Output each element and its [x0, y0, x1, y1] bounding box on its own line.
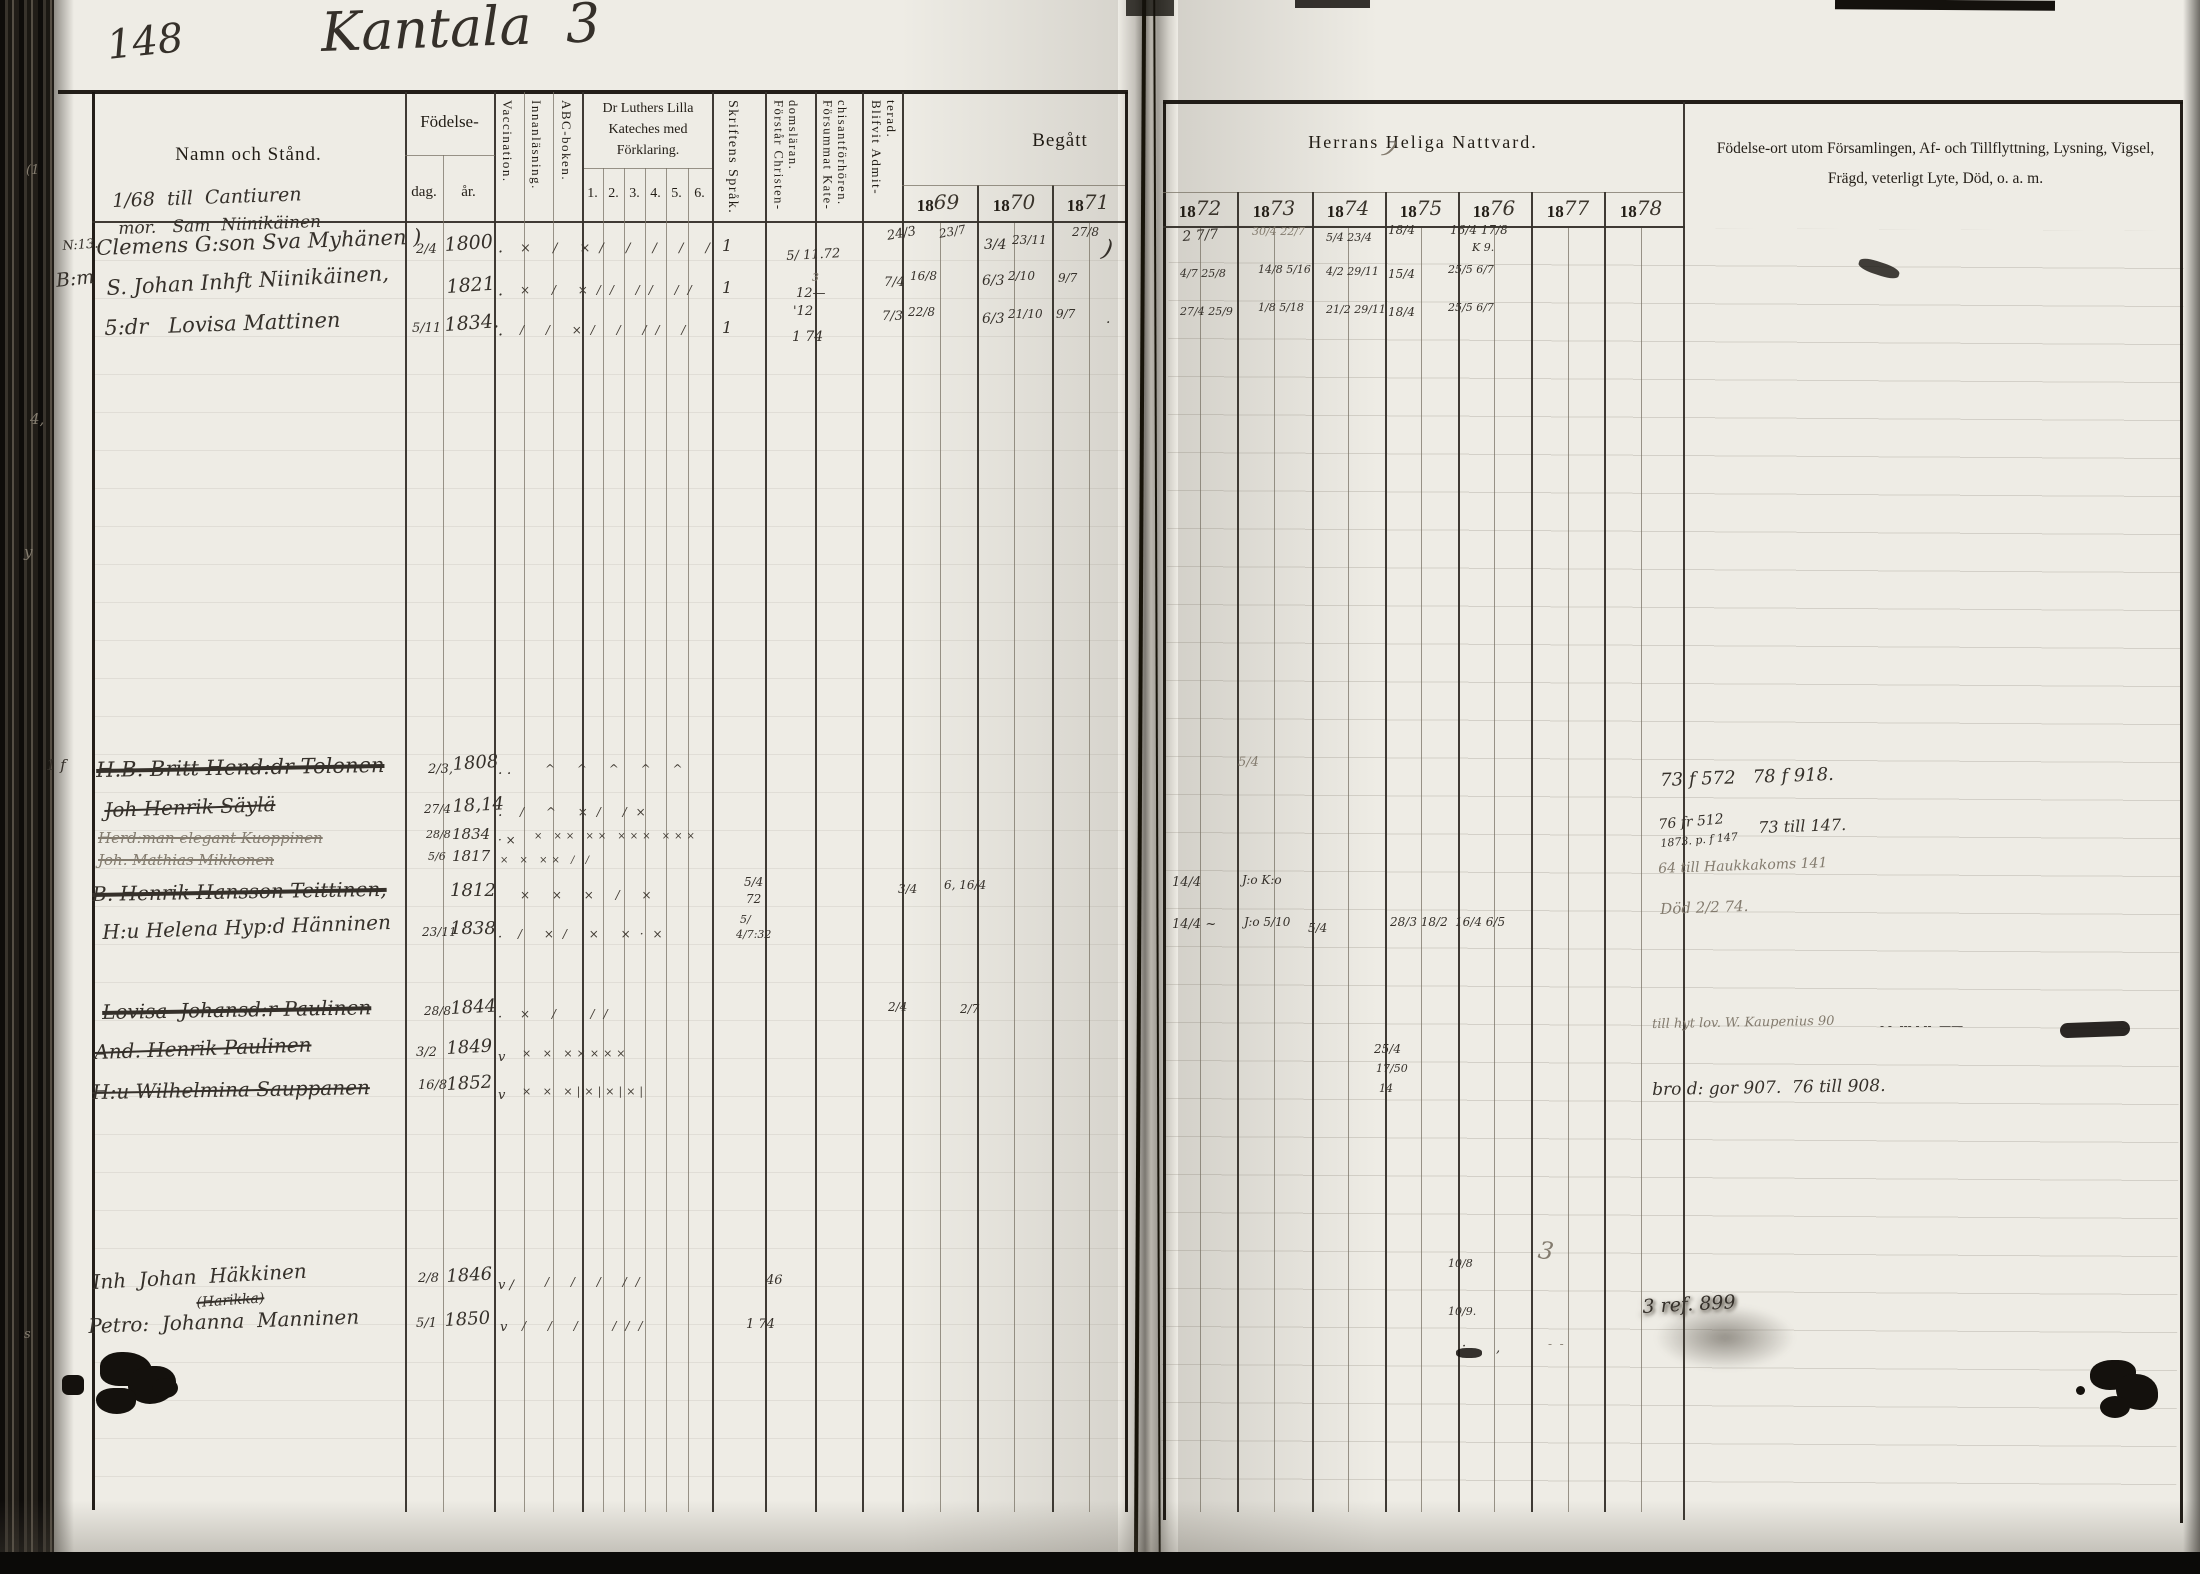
handwriting: ·: [1106, 316, 1110, 330]
handwriting: 1849: [446, 1038, 493, 1058]
handwriting: 5/4: [1308, 922, 1327, 934]
handwriting: × / //: [520, 1008, 617, 1020]
handwriting: 1/68 till Cantiuren: [112, 185, 302, 211]
table-line: [1052, 185, 1054, 1512]
year-printed: 18: [1547, 202, 1564, 221]
year-handwritten: 69: [934, 190, 959, 214]
handwriting: 27/8: [1072, 226, 1099, 238]
handwriting: ·: [498, 931, 502, 944]
handwriting: 1852: [446, 1074, 493, 1094]
handwriting: 73 till 147.: [1758, 817, 1846, 836]
handwriting: 5/11: [412, 322, 441, 335]
column-header-birth: Födelse-: [405, 110, 494, 134]
column-header-name: Namn och Stånd.: [92, 142, 405, 169]
ink-smear: [2060, 1021, 2130, 1038]
handwriting: × / ×// // //: [520, 284, 701, 296]
year-handwritten: 78: [1637, 196, 1662, 220]
handwriting: 4/2 29/11: [1326, 266, 1379, 277]
handwriting: v /: [498, 1279, 514, 1292]
handwriting: 1844: [450, 998, 497, 1018]
handwriting: ‐ ‐: [1548, 1338, 1564, 1350]
year-header-1873: 1873: [1253, 198, 1295, 222]
handwriting: ·: [498, 809, 502, 823]
handwriting: 72: [746, 893, 761, 905]
handwriting: 2/3,: [428, 763, 453, 776]
handwriting: Död 2/2 74.: [1660, 899, 1749, 917]
year-printed: 18: [1067, 196, 1084, 215]
handwriting: 3/4: [984, 238, 1007, 252]
table-line: [584, 168, 712, 169]
year-handwritten: 72: [1196, 196, 1221, 220]
handwriting: 1808: [452, 753, 499, 774]
handwriting: 16/4 17/8: [1450, 224, 1508, 236]
handwriting: 18/4: [1388, 306, 1415, 318]
handwriting: 16/4 6/5: [1455, 916, 1505, 928]
scan-edge-streak: [1126, 0, 1174, 16]
handwriting: Herd:man elegant Kuoppinen: [98, 831, 323, 846]
handwriting: 1821: [446, 275, 496, 297]
table-line: [1348, 228, 1349, 1512]
handwriting: 5/6: [428, 851, 446, 862]
handwriting: J:o 5/10: [1244, 916, 1290, 928]
handwriting: 148: [105, 18, 185, 66]
handwriting: 3/4: [898, 883, 917, 895]
table-line: [1494, 228, 1495, 1512]
handwriting: 1834.: [444, 312, 500, 335]
year-printed: 18: [1400, 202, 1417, 221]
handwriting: 27/4: [424, 803, 451, 815]
handwriting: 10/8: [1448, 1258, 1473, 1269]
handwriting: y: [24, 545, 32, 560]
handwriting: 5/4 23/4: [1326, 232, 1372, 243]
year-handwritten: 73: [1270, 196, 1295, 220]
handwriting: 7/4: [884, 276, 905, 289]
catechism-subcol-1: 1.: [582, 184, 603, 204]
handwriting: 14/4: [1172, 876, 1201, 889]
handwriting: 3/2: [416, 1046, 437, 1059]
year-header-1878: 1878: [1620, 198, 1662, 222]
column-header-scripture-language: Skriftens Språk.: [724, 100, 754, 222]
handwriting: 6, 16/4: [944, 879, 986, 891]
table-line: [1125, 92, 1128, 1512]
handwriting: B. Henrik Hansson Teittinen,: [92, 879, 387, 904]
binding-shadow: [54, 0, 74, 1574]
handwriting: × × ×××××: [522, 1048, 630, 1059]
handwriting: 1 74: [746, 1318, 775, 1331]
handwriting: 15/4: [1388, 268, 1415, 280]
column-header-missed-examinations: Försummat Kate- chisantförhören.: [820, 100, 860, 224]
year-printed: 18: [1473, 202, 1490, 221]
column-header-notes-line2: Frägd, veterligt Lyte, Död, o. a. m.: [1688, 168, 2183, 190]
ink-smudge: [1655, 1305, 1795, 1370]
handwriting: 5/4: [1238, 756, 1259, 769]
handwriting: Kantala 3: [320, 0, 601, 60]
table-line: [58, 90, 1128, 94]
table-line: [940, 223, 941, 1512]
handwriting: 21/10: [1008, 308, 1043, 320]
handwriting: 1817: [452, 849, 490, 864]
year-printed: 18: [917, 196, 934, 215]
handwriting: × × × / ×: [520, 889, 661, 901]
handwriting: 12—: [796, 287, 826, 300]
handwriting: 1812: [450, 882, 496, 900]
handwriting: bro d: gor 907. 76 till 908.: [1652, 1078, 1886, 1099]
handwriting: Joh Henrik Säylä: [104, 794, 276, 820]
year-printed: 18: [1620, 202, 1637, 221]
handwriting: 2/10: [1008, 270, 1035, 282]
handwriting: ,: [1496, 1342, 1500, 1355]
handwriting: v: [498, 1051, 505, 1064]
handwriting: 25/5 6/7: [1448, 264, 1494, 275]
handwriting: 27/4 25/9: [1180, 306, 1233, 317]
table-line: [765, 92, 767, 1512]
handwriting: N:13.: [62, 237, 99, 252]
table-line: [92, 92, 95, 1510]
handwriting: 14/8 5/16: [1258, 264, 1311, 275]
table-line: [1163, 226, 1685, 228]
handwriting: ·: [498, 1011, 502, 1024]
handwriting: 5/4: [744, 876, 763, 888]
handwriting: '12: [793, 305, 813, 318]
year-handwritten: 76: [1490, 196, 1515, 220]
table-line: [1163, 100, 2183, 104]
table-line: [1089, 223, 1090, 1512]
column-header-reading: Innanläsning.: [528, 100, 550, 222]
year-header-1877: 1877: [1547, 198, 1589, 222]
handwriting: 25/4: [1374, 1043, 1401, 1055]
handwriting: 4/7:32: [736, 929, 771, 940]
ink-fleck: [1456, 1348, 1482, 1358]
handwriting: 6/3: [982, 312, 1005, 326]
catechism-subcol-4: 4.: [645, 184, 666, 204]
handwriting: 28/8: [424, 1005, 451, 1017]
handwriting: 2/7: [960, 1003, 979, 1015]
handwriting: 9/7: [1058, 272, 1077, 284]
handwriting: H.B. Britt Hend:dr Tolonen: [96, 755, 385, 781]
handwriting: K 9.: [1472, 242, 1494, 253]
year-header-1874: 1874: [1327, 198, 1369, 222]
handwriting: J:o K:o: [1242, 874, 1282, 886]
handwriting: 2/4: [416, 243, 437, 256]
handwriting: s: [24, 1328, 31, 1341]
table-line: [524, 92, 525, 1512]
handwriting: / / / ///: [522, 1320, 652, 1332]
handwriting: 14/4 ~: [1172, 918, 1216, 931]
table-line: [1014, 223, 1015, 1512]
column-header-admitted: Blifvit Admit- terad.: [868, 100, 900, 222]
handwriting: 1838: [450, 920, 496, 938]
scanned-parish-register-page: Namn och Stånd. Födelse- dag. år. Vaccin…: [0, 0, 2200, 1574]
ink-blot: [152, 1378, 178, 1398]
handwriting: 5/1: [416, 1317, 437, 1330]
handwriting: 3: [812, 272, 819, 283]
handwriting: 14: [1379, 1083, 1393, 1094]
table-line: [1604, 192, 1606, 1512]
table-line: [815, 92, 817, 1512]
handwriting: 28/8: [426, 829, 451, 840]
column-header-vaccination: Vaccination.: [499, 100, 521, 222]
table-line: [1312, 192, 1314, 1512]
handwriting: 10/9.: [1448, 1306, 1476, 1317]
handwriting: 46: [766, 1274, 783, 1287]
table-line: [977, 185, 979, 1512]
table-line: [1421, 228, 1422, 1512]
catechism-subcol-6: 6.: [688, 184, 711, 204]
handwriting: 1: [722, 238, 732, 254]
handwriting: 4/7 25/8: [1180, 268, 1226, 279]
handwriting: 18/4: [1388, 224, 1415, 236]
column-header-abc-book: ABC-boken.: [558, 100, 580, 222]
page-right-edge-shadow: [2183, 0, 2200, 1574]
column-header-birth-day: dag.: [405, 182, 443, 203]
handwriting: 28/3 18/2: [1390, 916, 1448, 928]
ink-blot: [62, 1375, 84, 1395]
handwriting: 2/8: [418, 1272, 439, 1285]
handwriting: 21/2 29/11: [1326, 304, 1386, 315]
column-header-catechism: Dr Luthers Lilla Kateches med Förklaring…: [584, 98, 712, 161]
handwriting: 7/3: [882, 310, 903, 323]
table-line: [1568, 228, 1569, 1512]
handwriting: / ×/ × ×·×: [518, 928, 672, 940]
handwriting: 1850: [444, 1310, 491, 1330]
handwriting: 16/8: [910, 270, 937, 282]
handwriting: ·: [498, 244, 503, 260]
handwriting: 2 7/7: [1182, 227, 1219, 243]
year-handwritten: 71: [1084, 190, 1109, 214]
handwriting: 4,: [30, 412, 44, 427]
table-line: [862, 92, 864, 1512]
handwriting: 1/8 5/18: [1258, 302, 1304, 313]
handwriting: 17/50: [1376, 1063, 1408, 1074]
table-line: [405, 92, 407, 1512]
ink-blot: [2100, 1396, 2130, 1418]
table-line: [405, 155, 495, 156]
handwriting: / ^ ×/ /×: [520, 806, 655, 818]
handwriting: 22/8: [908, 306, 935, 318]
handwriting: 1: [722, 320, 732, 336]
handwriting: ^ ^ ^ ^ ^: [545, 763, 692, 775]
year-header-1875: 1875: [1400, 198, 1442, 222]
handwriting: / / ×/ / // /: [520, 324, 694, 336]
table-line: [1385, 192, 1387, 1512]
handwriting: till hyt lov. W. Kaupenius 90: [1652, 1015, 1835, 1031]
year-header-1871: 1871: [1067, 192, 1109, 216]
handwriting: v: [498, 1089, 505, 1102]
year-printed: 18: [993, 196, 1010, 215]
handwriting: / / / //: [545, 1276, 649, 1288]
handwriting: 1834: [452, 827, 490, 842]
handwriting: ·: [498, 327, 503, 343]
handwriting: 23/11: [1012, 234, 1047, 246]
table-line: [1200, 228, 1201, 1512]
ink-blot: [96, 1388, 136, 1414]
handwriting: × × ×|×|×|×|: [522, 1086, 647, 1097]
handwriting: 1 74: [792, 330, 823, 344]
table-line: [712, 92, 714, 1512]
handwriting: B:m: [55, 268, 95, 291]
handwriting: × ×× ×× ××× ×××: [534, 832, 699, 842]
year-printed: 18: [1253, 202, 1270, 221]
catechism-subcol-3: 3.: [624, 184, 645, 204]
year-handwritten: 74: [1344, 196, 1369, 220]
handwriting: Lovisa Johansd:r Paulinen: [102, 997, 371, 1022]
handwriting: ·: [498, 287, 503, 303]
handwriting: (1: [26, 164, 39, 177]
year-header-1870: 1870: [993, 192, 1035, 216]
table-line: [2180, 102, 2183, 1523]
section-header-begatt: Begått: [980, 128, 1140, 155]
table-line: [1237, 192, 1239, 1512]
scan-bottom-edge: [0, 1552, 2200, 1574]
handwriting: 18,14: [452, 795, 504, 816]
handwriting: 6/3: [982, 274, 1005, 288]
handwriting: 1800: [444, 233, 494, 255]
column-header-understands-christianity: Förstår Christen- domsläran.: [771, 100, 811, 222]
table-line: [1274, 228, 1275, 1512]
handwriting: 30/4 22/7: [1252, 226, 1305, 237]
handwriting: 2/4: [888, 1001, 907, 1013]
table-line: [1641, 228, 1642, 1512]
year-printed: 18: [1179, 202, 1196, 221]
scan-edge-streak: [1295, 0, 1370, 8]
handwriting: 25/5 6/7: [1448, 302, 1494, 313]
table-line: [553, 92, 554, 1512]
year-handwritten: 77: [1564, 196, 1589, 220]
ink-speck: [2076, 1386, 2085, 1395]
handwriting: 1 f: [46, 758, 66, 773]
year-header-1869: 1869: [917, 192, 959, 216]
handwriting: v: [500, 1321, 507, 1334]
catechism-subcol-2: 2.: [603, 184, 624, 204]
column-header-notes-line1: Födelse-ort utom Församlingen, Af- och T…: [1688, 138, 2183, 160]
year-header-1872: 1872: [1179, 198, 1221, 222]
handwriting: 5/ 11.72: [786, 247, 841, 263]
table-line: [1531, 192, 1533, 1512]
year-handwritten: 70: [1010, 190, 1035, 214]
handwriting: × × ×× / /: [500, 856, 593, 866]
year-printed: 18: [1327, 202, 1344, 221]
handwriting: ‐ ‐ ‐‐‐ ‐ ‐‐ ——: [1880, 1020, 1963, 1032]
table-line: [1163, 102, 1166, 1520]
section-header-communion: Herrans Heliga Nattvard.: [1163, 130, 1683, 155]
handwriting: · ×: [498, 834, 516, 846]
year-header-1876: 1876: [1473, 198, 1515, 222]
table-line: [902, 92, 904, 1512]
table-line: [582, 92, 584, 1512]
handwriting: · ·: [498, 767, 511, 781]
handwriting: × / ×/ / / / /: [520, 242, 719, 255]
column-header-birth-year: år.: [443, 182, 494, 203]
handwriting: H:u Wilhelmina Sauppanen: [92, 1077, 370, 1102]
handwriting: 5/: [740, 914, 751, 925]
handwriting: Joh. Mathias Mikkonen: [98, 853, 274, 868]
scan-edge-streak: [1835, 0, 2055, 11]
handwriting: 1846: [446, 1266, 493, 1286]
handwriting: 9/7: [1056, 308, 1075, 320]
year-handwritten: 75: [1417, 196, 1442, 220]
handwriting: 16/8: [418, 1079, 447, 1092]
table-line: [902, 185, 1125, 186]
handwriting: 1: [722, 280, 732, 296]
catechism-subcol-5: 5.: [666, 184, 687, 204]
